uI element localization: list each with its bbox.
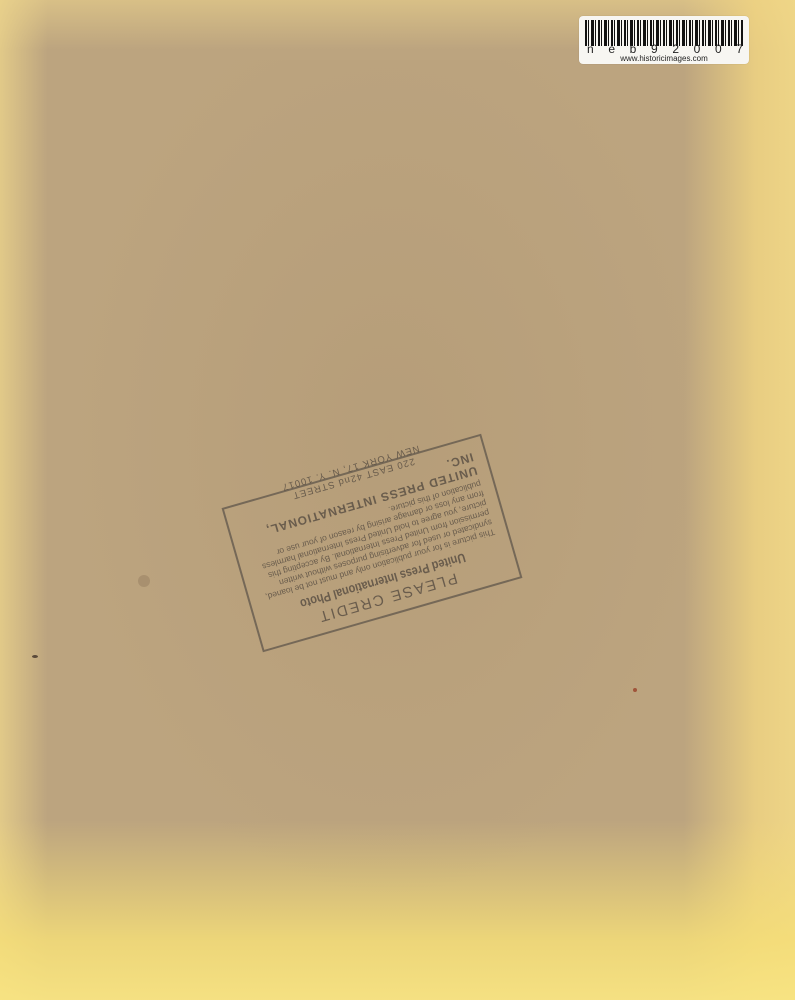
- speck: [633, 688, 637, 692]
- speck: [138, 575, 150, 587]
- label-url: www.historicimages.com: [579, 54, 749, 63]
- speck: [32, 655, 38, 658]
- barcode-label: n e b 9 2 0 0 7 www.historicimages.com: [579, 16, 749, 64]
